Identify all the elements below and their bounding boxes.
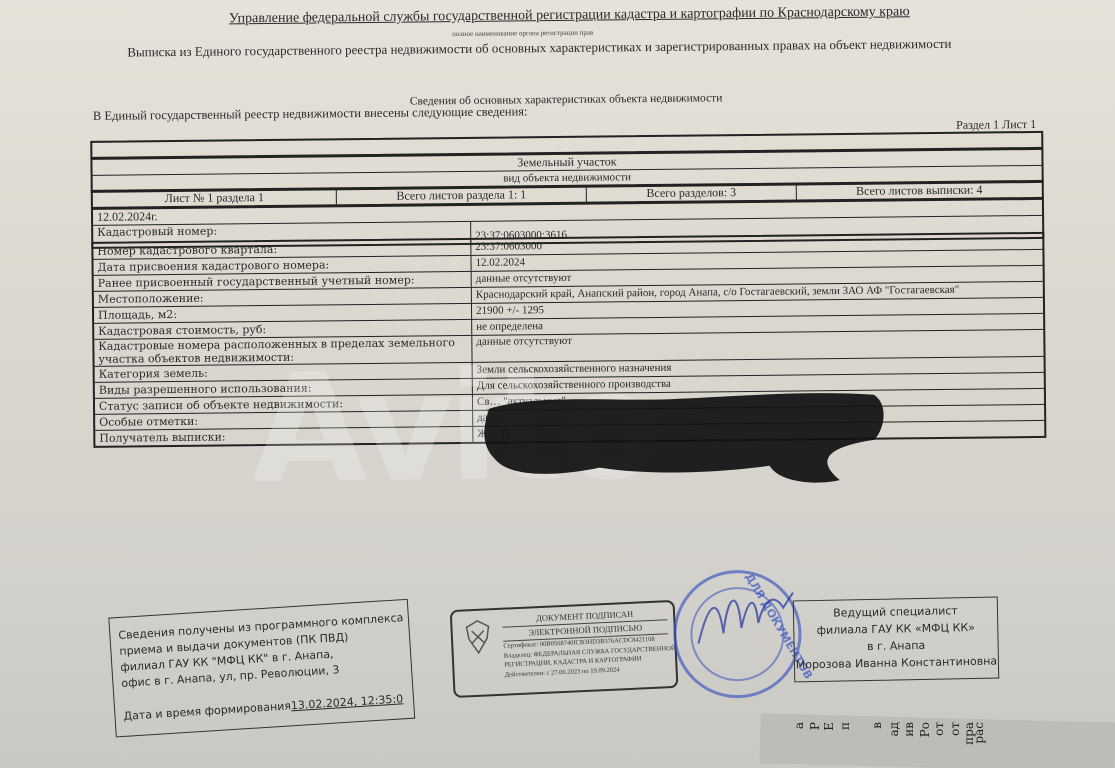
redaction-mark bbox=[479, 385, 890, 489]
total-sheets-extract: Всего листов выписки: 4 bbox=[797, 182, 1042, 200]
specialist-box: Ведущий специалист филиала ГАУ КК «МФЦ К… bbox=[793, 597, 1000, 683]
intro-text: В Единый государственный реестр недвижим… bbox=[93, 104, 528, 124]
generation-datetime-label: Дата и время формирования bbox=[123, 699, 291, 723]
underlying-text-fragment: в bbox=[870, 722, 884, 729]
photographed-document: Управление федеральной службы государств… bbox=[0, 0, 1115, 768]
underlying-text-fragment: Е bbox=[822, 722, 836, 731]
underlying-text-fragment: Р bbox=[808, 722, 822, 730]
specialist-name: Морозова Иванна Константиновна bbox=[795, 653, 998, 674]
electronic-signature-box: ДОКУМЕНТ ПОДПИСАН ЭЛЕКТРОННОЙ ПОДПИСЬЮ С… bbox=[450, 600, 679, 698]
sheet-number: Лист № 1 раздела 1 bbox=[93, 189, 337, 207]
underlying-text-fragment: п bbox=[838, 722, 852, 730]
underlying-text-fragment: от bbox=[948, 722, 962, 736]
field-label: Кадастровые номера расположенных в преде… bbox=[94, 336, 472, 366]
underlying-text-fragment: ив bbox=[902, 722, 916, 737]
agency-caption: полное наименование органа регистрации п… bbox=[452, 29, 593, 38]
extract-sheet: Управление федеральной службы государств… bbox=[0, 0, 1115, 768]
generation-datetime: Дата и время формирования13.02.2024, 12:… bbox=[123, 692, 405, 723]
coat-of-arms-icon bbox=[462, 618, 494, 655]
mfc-info-box: Сведения получены из программного компле… bbox=[108, 599, 415, 738]
signature-icon bbox=[693, 582, 804, 663]
agency-name: Управление федеральной службы государств… bbox=[229, 4, 910, 27]
underlying-text-fragment: от bbox=[932, 722, 946, 736]
underlying-text-fragment: а bbox=[792, 722, 806, 729]
field-label: Получатель выписки: bbox=[95, 427, 473, 446]
extract-title: Выписка из Единого государственного реес… bbox=[127, 36, 951, 61]
total-sections: Всего разделов: 3 bbox=[587, 184, 797, 201]
underlying-text-fragment: Ро bbox=[918, 722, 932, 737]
total-sheets-section: Всего листов раздела 1: 1 bbox=[337, 187, 587, 205]
generation-datetime-value: 13.02.2024, 12:35:0 bbox=[291, 692, 404, 712]
underlying-text-fragment: рас bbox=[972, 722, 986, 744]
underlying-text-fragment: ад bbox=[887, 722, 901, 737]
